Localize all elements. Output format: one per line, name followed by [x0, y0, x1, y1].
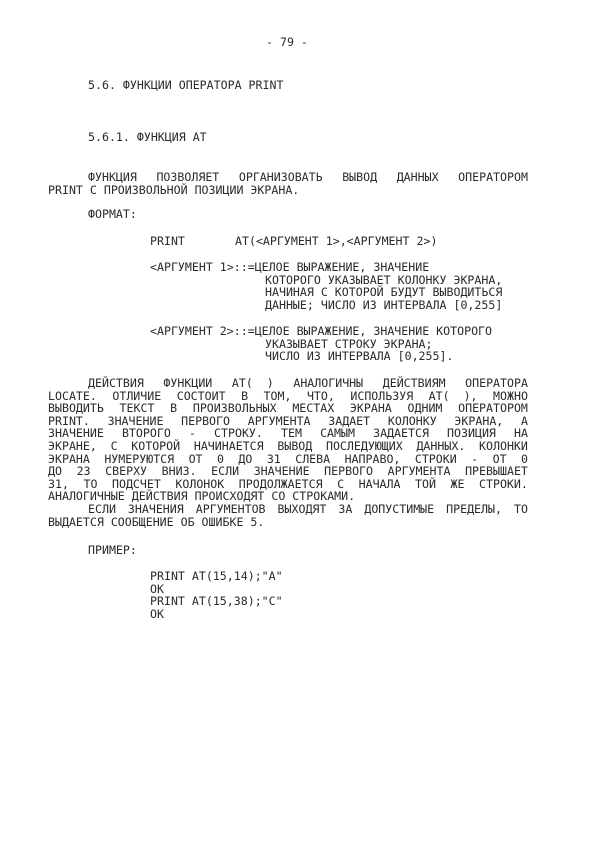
word: ЕСЛИ: [211, 465, 239, 478]
word: ЖЕ: [451, 478, 465, 491]
format-syntax: AT(<АРГУМЕНТ 1>,<АРГУМЕНТ 2>): [235, 235, 437, 248]
text-line: ВЫДАЕТСЯ СООБЩЕНИЕ ОБ ОШИБКЕ 5.: [48, 516, 528, 529]
text-line: ЭКРАНЕ,СКОТОРОЙНАЧИНАЕТСЯВЫВОДПОСЛЕДУЮЩИ…: [48, 440, 528, 453]
word: ОПЕРАТОРА: [465, 377, 528, 390]
word: ВЫХОДЯТ: [278, 503, 327, 516]
word: ОПЕРАТОРОМ: [458, 171, 528, 184]
word: ОДНИМ: [408, 402, 443, 415]
word: КОЛОНКИ: [479, 440, 528, 453]
word: 23: [77, 465, 91, 478]
text-line: ДО23СВЕРХУВНИЗ.ЕСЛИЗНАЧЕНИЕПЕРВОГОАРГУМЕ…: [48, 465, 528, 478]
section-heading: 5.6. ФУНКЦИИ ОПЕРАТОРА PRINT: [88, 79, 283, 92]
word: КОТОРОЙ: [131, 440, 180, 453]
word: С: [111, 440, 118, 453]
word: НАЧАЛА: [359, 478, 401, 491]
text-line: ФУНКЦИЯПОЗВОЛЯЕТОРГАНИЗОВАТЬВЫВОДДАННЫХО…: [48, 171, 528, 184]
word: ФУНКЦИЯ: [88, 171, 137, 184]
word: ДОПУСТИМЫЕ: [364, 503, 434, 516]
arg2-definition-line: ЧИСЛО ИЗ ИНТЕРВАЛА [0,255].: [265, 350, 453, 363]
word: ДО: [48, 465, 62, 478]
word: ДЕЙСТВИЯМ: [383, 377, 446, 390]
word: AT( ): [232, 377, 274, 390]
example-code-line: OK: [150, 608, 164, 621]
word: ПРЕВЫШАЕТ: [465, 465, 528, 478]
body-paragraph: ДЕЙСТВИЯФУНКЦИИAT( )АНАЛОГИЧНЫДЕЙСТВИЯМО…: [48, 377, 528, 528]
arg1-definition-line: НАЧИНАЯ С КОТОРОЙ БУДУТ ВЫВОДИТЬСЯ: [265, 286, 502, 299]
word: ТОЙ: [415, 478, 436, 491]
word: ДАННЫХ: [397, 171, 439, 184]
format-keyword: PRINT: [150, 235, 185, 248]
word: ЕСЛИ: [88, 503, 116, 516]
example-code-line: PRINT AT(15,38);"C": [150, 595, 283, 608]
text-line: ЕСЛИЗНАЧЕНИЯАРГУМЕНТОВВЫХОДЯТЗАДОПУСТИМЫ…: [48, 503, 528, 516]
word: ФУНКЦИИ: [163, 377, 212, 390]
subsection-heading: 5.6.1. ФУНКЦИЯ AT: [88, 131, 207, 144]
word: ПРОИЗВОЛЬНЫХ: [193, 402, 277, 415]
word: ЭКРАНЕ,: [48, 440, 97, 453]
word: АРГУМЕНТА: [388, 465, 451, 478]
word: ДАННЫХ.: [416, 440, 465, 453]
text-line: PRINT С ПРОИЗВОЛЬНОЙ ПОЗИЦИИ ЭКРАНА.: [48, 184, 528, 197]
arg2-definition: <АРГУМЕНТ 2>::=ЦЕЛОЕ ВЫРАЖЕНИЕ, ЗНАЧЕНИЕ…: [150, 325, 492, 338]
word: ОПЕРАТОРОМ: [458, 402, 528, 415]
word: ВЫВОД: [342, 171, 377, 184]
word: ВНИЗ.: [162, 465, 197, 478]
word: НАЧИНАЕТСЯ: [194, 440, 264, 453]
word: В: [170, 402, 177, 415]
word: ДЕЙСТВИЯ: [88, 377, 144, 390]
page-number: - 79 -: [266, 36, 308, 49]
word: АРГУМЕНТОВ: [196, 503, 266, 516]
word: СТРОКИ.: [479, 478, 528, 491]
example-label: ПРИМЕР:: [88, 544, 137, 557]
word: ЗНАЧЕНИЯ: [128, 503, 184, 516]
word: ПОЗВОЛЯЕТ: [156, 171, 219, 184]
word: ПОСЛЕДУЮЩИХ: [326, 440, 403, 453]
word: МЕСТАХ: [292, 402, 334, 415]
word: ДО: [238, 453, 252, 466]
arg1-definition: <АРГУМЕНТ 1>::=ЦЕЛОЕ ВЫРАЖЕНИЕ, ЗНАЧЕНИЕ: [150, 261, 429, 274]
word: ВЫВОДИТЬ: [48, 402, 104, 415]
example-code-line: PRINT AT(15,14);"A": [150, 570, 283, 583]
intro-paragraph: ФУНКЦИЯПОЗВОЛЯЕТОРГАНИЗОВАТЬВЫВОДДАННЫХО…: [48, 171, 528, 196]
word: ТЕКСТ: [120, 402, 155, 415]
text-line: ДЕЙСТВИЯФУНКЦИИAT( )АНАЛОГИЧНЫДЕЙСТВИЯМО…: [48, 377, 528, 390]
word: ВЫВОД: [277, 440, 312, 453]
word: ОРГАНИЗОВАТЬ: [239, 171, 323, 184]
word: ЗА: [338, 503, 352, 516]
word: СВЕРХУ: [105, 465, 147, 478]
arg1-definition-line: ДАННЫЕ; ЧИСЛО ИЗ ИНТЕРВАЛА [0,255]: [265, 299, 502, 312]
word: АНАЛОГИЧНЫ: [293, 377, 363, 390]
format-label: ФОРМАТ:: [88, 208, 137, 221]
word: ЗНАЧЕНИЕ: [254, 465, 310, 478]
word: ПЕРВОГО: [324, 465, 373, 478]
word: ЭКРАНА: [350, 402, 392, 415]
word: ТО: [514, 503, 528, 516]
word: ПРЕДЕЛЫ,: [446, 503, 502, 516]
text-line: ВЫВОДИТЬТЕКСТВПРОИЗВОЛЬНЫХМЕСТАХЭКРАНАОД…: [48, 402, 528, 415]
